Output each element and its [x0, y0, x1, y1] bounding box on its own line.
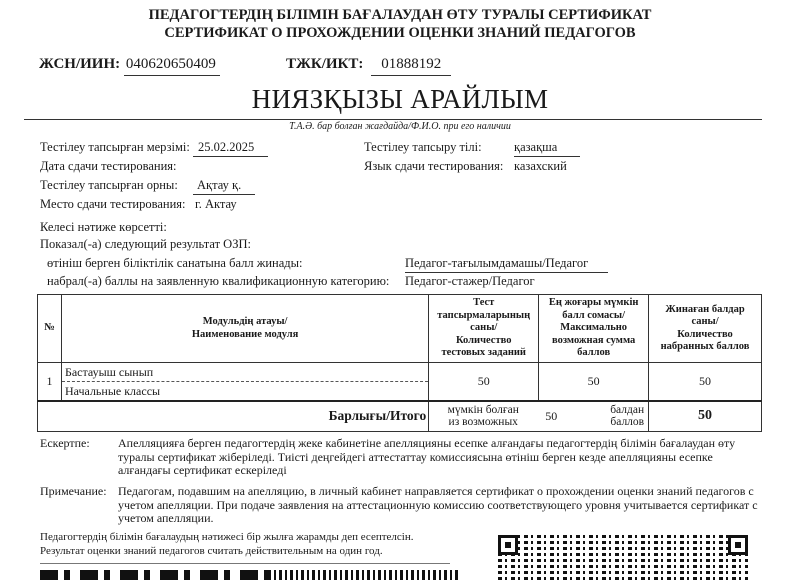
- total-label: Барлығы/Итого: [38, 401, 429, 431]
- header-max: Ең жоғары мүмкін балл сомасы/ Максимальн…: [539, 295, 649, 363]
- points-ru: баллов: [565, 416, 644, 428]
- qr-finder-right: [728, 535, 748, 555]
- total-possible: мүмкін болған из возможных 50 балдан бал…: [429, 401, 649, 431]
- qr-code: [498, 535, 748, 580]
- points-kz: балдан: [565, 404, 644, 416]
- header-module: Модульдің атауы/ Наименование модуля: [61, 295, 428, 363]
- category-label-kz: өтініш берген біліктілік санатына балл ж…: [47, 256, 303, 271]
- place-value-kz: Ақтау қ.: [193, 178, 255, 195]
- barcode: [40, 570, 270, 580]
- total-row: Барлығы/Итого мүмкін болған из возможных…: [38, 401, 762, 431]
- ikt-field: ТЖК/ИКТ: 01888192: [286, 56, 451, 76]
- qr-finder-left: [498, 535, 518, 555]
- certificate-title-ru: СЕРТИФИКАТ О ПРОХОЖДЕНИИ ОЦЕНКИ ЗНАНИЙ П…: [0, 25, 800, 42]
- note-kz-text: Апелляцияға берген педагогтердің жеке ка…: [118, 437, 758, 478]
- secondary-code: [268, 570, 458, 580]
- place-label-kz: Тестілеу тапсырған орны:: [40, 178, 178, 193]
- note-kz-label: Ескертпе:: [40, 437, 90, 451]
- header-num: №: [38, 295, 62, 363]
- iin-field: ЖСН/ИИН: 040620650409: [39, 56, 220, 76]
- category-value-ru: Педагог-стажер/Педагог: [405, 274, 535, 289]
- header-tasks: Тест тапсырмаларының саны/ Количество те…: [429, 295, 539, 363]
- lang-value-ru: казахский: [514, 159, 567, 174]
- ikt-value: 01888192: [371, 56, 451, 76]
- certificate-title-kz: ПЕДАГОГТЕРДІҢ БІЛІМІН БАҒАЛАУДАН ӨТУ ТУР…: [0, 7, 800, 24]
- row-num: 1: [38, 363, 62, 402]
- lang-value-kz: қазақша: [514, 140, 580, 157]
- place-value-ru: г. Актау: [195, 197, 237, 212]
- date-value: 25.02.2025: [193, 140, 268, 157]
- row-scored: 50: [649, 363, 762, 402]
- footer-divider: [40, 563, 450, 564]
- points-words: балдан баллов: [565, 404, 648, 428]
- full-name: НИЯЗҚЫЗЫ АРАЙЛЫМ: [0, 84, 800, 115]
- total-possible-words: мүмкін болған из возможных: [429, 404, 537, 428]
- validity-ru: Результат оценки знаний педагогов считат…: [40, 545, 383, 557]
- total-scored: 50: [649, 401, 762, 431]
- table-row: 1 Бастауыш сынып Начальные классы 50 50 …: [38, 363, 762, 402]
- category-value-kz: Педагог-тағылымдамашы/Педагог: [405, 256, 608, 273]
- place-label-ru: Место сдачи тестирования:: [40, 197, 186, 212]
- date-label-ru: Дата сдачи тестирования:: [40, 159, 177, 174]
- validity-kz: Педагогтердің білімін бағалаудың нәтижес…: [40, 531, 413, 543]
- note-ru-label: Примечание:: [40, 485, 107, 499]
- name-hint: Т.А.Ә. бар болған жағдайда/Ф.И.О. при ег…: [0, 121, 800, 132]
- iin-value: 040620650409: [124, 56, 220, 76]
- module-name-kz: Бастауыш сынып: [62, 363, 428, 382]
- module-name-ru: Начальные классы: [62, 382, 428, 400]
- row-tasks: 50: [429, 363, 539, 402]
- possible-kz: мүмкін болған: [429, 404, 537, 416]
- ikt-label: ТЖК/ИКТ:: [286, 56, 363, 72]
- possible-ru: из возможных: [429, 416, 537, 428]
- result-intro-kz: Келесі нәтиже көрсетті:: [40, 220, 167, 235]
- header-scored: Жинаған балдар саны/ Количество набранны…: [649, 295, 762, 363]
- result-intro-ru: Показал(-а) следующий результат ОЗП:: [40, 237, 251, 252]
- results-table: № Модульдің атауы/ Наименование модуля Т…: [37, 294, 762, 432]
- lang-label-ru: Язык сдачи тестирования:: [364, 159, 503, 174]
- iin-label: ЖСН/ИИН:: [39, 56, 120, 72]
- date-label-kz: Тестілеу тапсырған мерзімі:: [40, 140, 190, 155]
- row-max: 50: [539, 363, 649, 402]
- row-module: Бастауыш сынып Начальные классы: [61, 363, 428, 402]
- lang-label-kz: Тестілеу тапсыру тілі:: [364, 140, 482, 155]
- category-label-ru: набрал(-а) баллы на заявленную квалифика…: [47, 274, 389, 289]
- possible-value: 50: [537, 410, 565, 422]
- note-ru-text: Педагогам, подавшим на апелляцию, в личн…: [118, 485, 758, 526]
- name-divider: [24, 119, 762, 120]
- table-header-row: № Модульдің атауы/ Наименование модуля Т…: [38, 295, 762, 363]
